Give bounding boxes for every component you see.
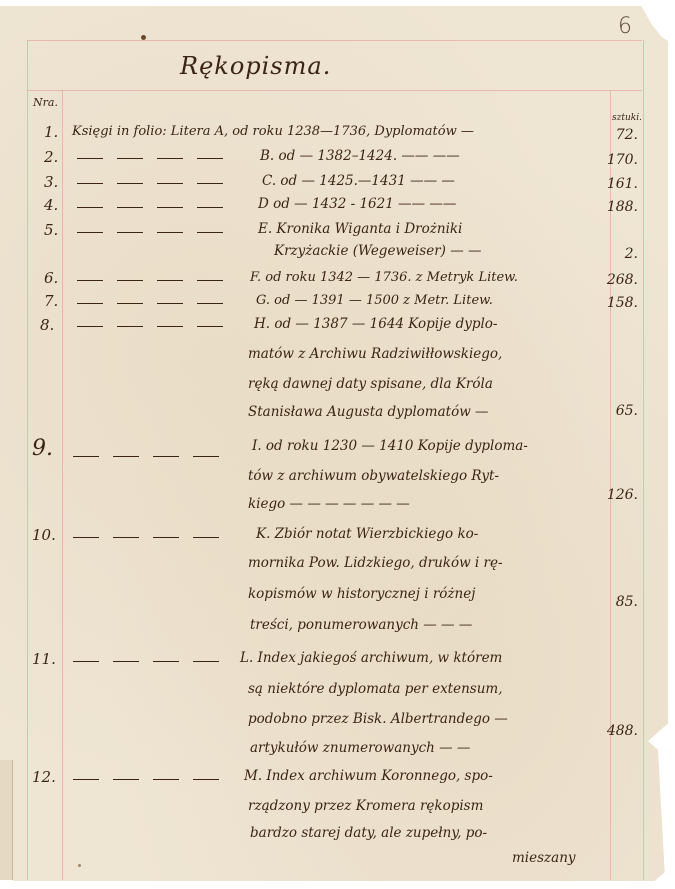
entry-number: 7. [44, 294, 58, 309]
ditto-dashes [70, 326, 230, 327]
entry-text: tów z archiwum obywatelskiego Ryt- [248, 470, 499, 484]
entry-count: 85. [598, 595, 638, 609]
outer-left-rule [27, 40, 28, 880]
entry-count: 126. [598, 488, 638, 502]
entry-count: 188. [598, 200, 638, 214]
entry-number: 2. [44, 150, 58, 165]
entry-text: M. Index archiwum Koronnego, spo- [244, 770, 493, 784]
entry-number: 4. [44, 198, 58, 213]
entry-number: 12. [32, 770, 56, 785]
ditto-dashes [70, 232, 230, 233]
entry-text: kiego — — — — — — — [248, 498, 410, 512]
ditto-dashes [66, 537, 226, 538]
entry-text: bardzo starej daty, ale zupełny, po- [250, 827, 487, 841]
entry-number: 6. [44, 271, 58, 286]
entry-number: 5. [44, 223, 58, 238]
ditto-dashes [70, 158, 230, 159]
entry-text: mornika Pow. Lidzkiego, druków i rę- [248, 557, 503, 571]
ink-spot [141, 35, 146, 40]
entry-number: 10. [32, 528, 56, 543]
ditto-dashes [66, 661, 226, 662]
entry-text: F. od roku 1342 — 1736. z Metryk Litew. [250, 271, 518, 284]
entry-text: są niektóre dyplomata per extensum, [248, 683, 503, 697]
entry-text: I. od roku 1230 — 1410 Kopije dyploma- [252, 440, 528, 454]
entry-count: 158. [598, 296, 638, 310]
ditto-dashes [66, 779, 226, 780]
entry-text: K. Zbiór notat Wierzbickiego ko- [256, 528, 478, 542]
page-title: Rękopisma. [180, 54, 331, 78]
ditto-dashes [70, 280, 230, 281]
outer-right-rule [643, 40, 644, 880]
number-column-header: Nra. [33, 97, 58, 108]
entry-text: L. Index jakiegoś archiwum, w którem [240, 652, 502, 666]
entry-text: B. od — 1382–1424. —— —— [260, 150, 460, 164]
entry-text: treści, ponumerowanych — — — [250, 619, 472, 633]
entry-text: Krzyżackie (Wegeweiser) — — [274, 245, 482, 259]
entry-text: C. od — 1425.—1431 —— — [262, 175, 455, 189]
entry-text: H. od — 1387 — 1644 Kopije dyplo- [254, 318, 498, 332]
entry-count: 65. [598, 404, 638, 418]
entry-text: kopismów w historycznej i różnej [248, 588, 475, 602]
entry-count: 2. [598, 247, 638, 261]
ditto-dashes [66, 456, 226, 457]
entry-count: 161. [598, 177, 638, 191]
entry-text: ręką dawnej daty spisane, dla Króla [248, 378, 493, 392]
entry-text: Księgi in folio: Litera A, od roku 1238—… [72, 125, 474, 138]
entry-count: 488. [598, 724, 638, 738]
entry-count: 170. [598, 153, 638, 167]
entry-text: E. Kronika Wiganta i Drożniki [258, 223, 462, 237]
entry-text: D od — 1432 - 1621 —— —— [258, 198, 456, 212]
entry-number: 9. [32, 438, 53, 460]
entry-number: 8. [40, 318, 54, 333]
count-column-header: sztuki. [612, 114, 642, 123]
ditto-dashes [70, 207, 230, 208]
entry-text: mieszany [512, 852, 576, 866]
ink-spot [78, 864, 81, 867]
entry-number: 11. [32, 652, 56, 667]
entry-count: 268. [598, 273, 638, 287]
top-rule [27, 40, 642, 41]
entry-text: Stanisława Augusta dyplomatów — [248, 406, 489, 420]
entry-number: 1. [44, 125, 58, 140]
entry-text: matów z Archiwu Radziwiłłowskiego, [248, 348, 502, 362]
entry-text: artykułów znumerowanych — — [250, 742, 470, 756]
number-column-rule [62, 90, 63, 880]
entry-text: G. od — 1391 — 1500 z Metr. Litew. [256, 294, 493, 307]
header-rule [27, 90, 642, 91]
torn-edge [0, 760, 13, 880]
ditto-dashes [70, 183, 230, 184]
entry-number: 3. [44, 175, 58, 190]
entry-text: podobno przez Bisk. Albertrandego — [248, 713, 508, 727]
entry-text: rządzony przez Kromera rękopism [248, 800, 483, 814]
ditto-dashes [70, 303, 230, 304]
page-number: 6 [618, 16, 632, 38]
entry-count: 72. [598, 128, 638, 142]
